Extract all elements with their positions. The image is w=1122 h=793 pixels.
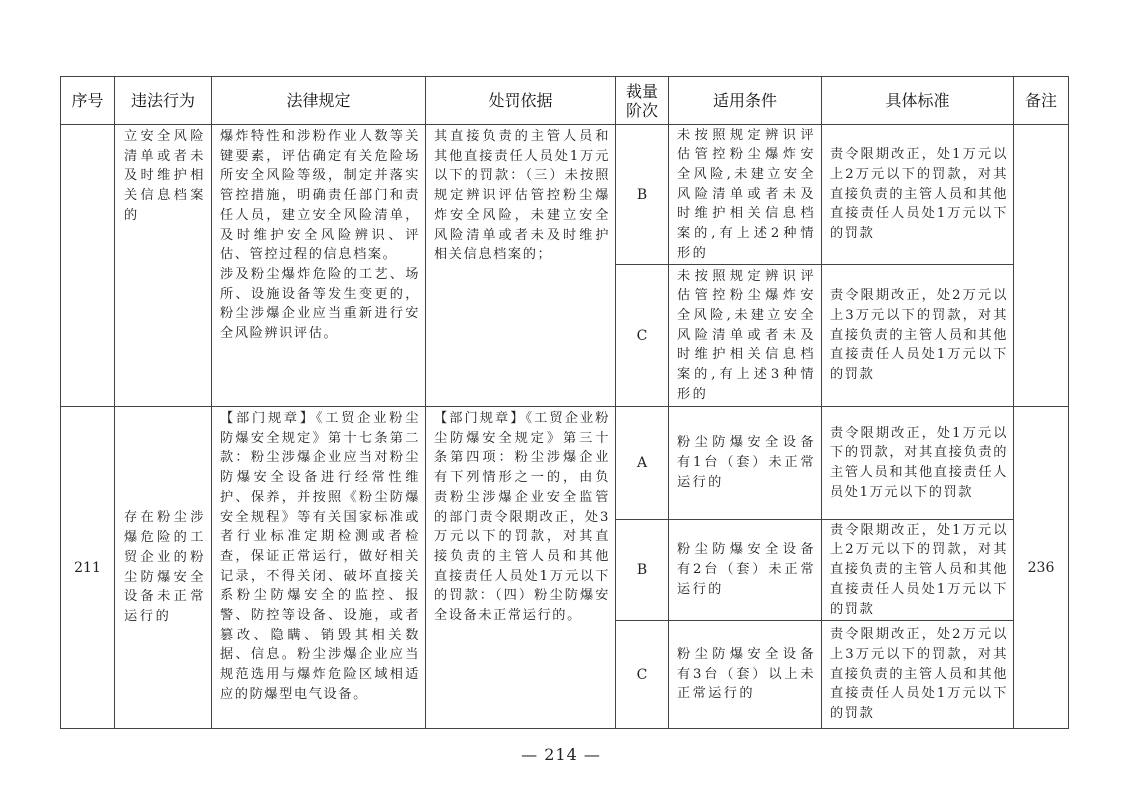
discretion-level-cell: C (616, 621, 669, 729)
header-violation: 违法行为 (115, 77, 212, 125)
header-discretion-level: 裁量 阶次 (616, 77, 669, 125)
header-legal-provision: 法律规定 (212, 77, 426, 125)
specific-standard-cell: 责令限期改正，处2万元以上3万元以下的罚款，对其直接负责的主管人员和其他直接责任… (822, 621, 1014, 729)
penalty-discretion-table: 序号 违法行为 法律规定 处罚依据 裁量 阶次 适用条件 具体标准 备注 立安全… (60, 76, 1069, 729)
discretion-level-cell: C (616, 265, 669, 407)
legal-provision-cell: 【部门规章】《工贸企业粉尘防爆安全规定》第十七条第二款：粉尘涉爆企业应当对粉尘防… (212, 407, 426, 729)
applicable-condition-cell: 未按照规定辨识评估管控粉尘爆炸安全风险,未建立安全风险清单或者未及时维护相关信息… (669, 265, 822, 407)
applicable-condition-cell: 未按照规定辨识评估管控粉尘爆炸安全风险,未建立安全风险清单或者未及时维护相关信息… (669, 125, 822, 265)
header-applicable-condition: 适用条件 (669, 77, 822, 125)
specific-standard-cell: 责令限期改正，处1万元以下的罚款，对其直接负责的主管人员和其他直接责任人员处1万… (822, 407, 1014, 520)
specific-standard-cell: 责令限期改正，处1万元以上2万元以下的罚款，对其直接负责的主管人员和其他直接责任… (822, 125, 1014, 265)
applicable-condition-cell: 粉尘防爆安全设备有3台（套）以上未正常运行的 (669, 621, 822, 729)
violation-cell: 存在粉尘涉爆危险的工贸企业的粉尘防爆安全设备未正常运行的 (115, 407, 212, 729)
applicable-condition-cell: 粉尘防爆安全设备有2台（套）未正常运行的 (669, 520, 822, 621)
page-number: — 214 — (0, 745, 1122, 764)
applicable-condition-cell: 粉尘防爆安全设备有1台（套）未正常运行的 (669, 407, 822, 520)
header-row: 序号 违法行为 法律规定 处罚依据 裁量 阶次 适用条件 具体标准 备注 (61, 77, 1069, 125)
table-row: 立安全风险清单或者未及时维护相关信息档案的 爆炸特性和涉粉作业人数等关键要素，评… (61, 125, 1069, 265)
penalty-basis-cell: 其直接负责的主管人员和其他直接责任人员处1万元以下的罚款：（三）未按照规定辨识评… (426, 125, 616, 407)
specific-standard-cell: 责令限期改正，处2万元以上3万元以下的罚款，对其直接负责的主管人员和其他直接责任… (822, 265, 1014, 407)
violation-cell: 立安全风险清单或者未及时维护相关信息档案的 (115, 125, 212, 407)
specific-standard-cell: 责令限期改正，处1万元以上2万元以下的罚款，对其直接负责的主管人员和其他直接责任… (822, 520, 1014, 621)
header-specific-standard: 具体标准 (822, 77, 1014, 125)
note-cell (1014, 125, 1069, 407)
header-note: 备注 (1014, 77, 1069, 125)
table-row: 211 存在粉尘涉爆危险的工贸企业的粉尘防爆安全设备未正常运行的 【部门规章】《… (61, 407, 1069, 520)
discretion-level-cell: B (616, 520, 669, 621)
legal-provision-cell: 爆炸特性和涉粉作业人数等关键要素，评估确定有关危险场所安全风险等级，制定并落实管… (212, 125, 426, 407)
discretion-level-cell: B (616, 125, 669, 265)
note-cell: 236 (1014, 407, 1069, 729)
discretion-level-cell: A (616, 407, 669, 520)
penalty-basis-cell: 【部门规章】《工贸企业粉尘防爆安全规定》第三十条第四项：粉尘涉爆企业有下列情形之… (426, 407, 616, 729)
header-index: 序号 (61, 77, 115, 125)
row-index: 211 (61, 407, 115, 729)
row-index (61, 125, 115, 407)
header-penalty-basis: 处罚依据 (426, 77, 616, 125)
